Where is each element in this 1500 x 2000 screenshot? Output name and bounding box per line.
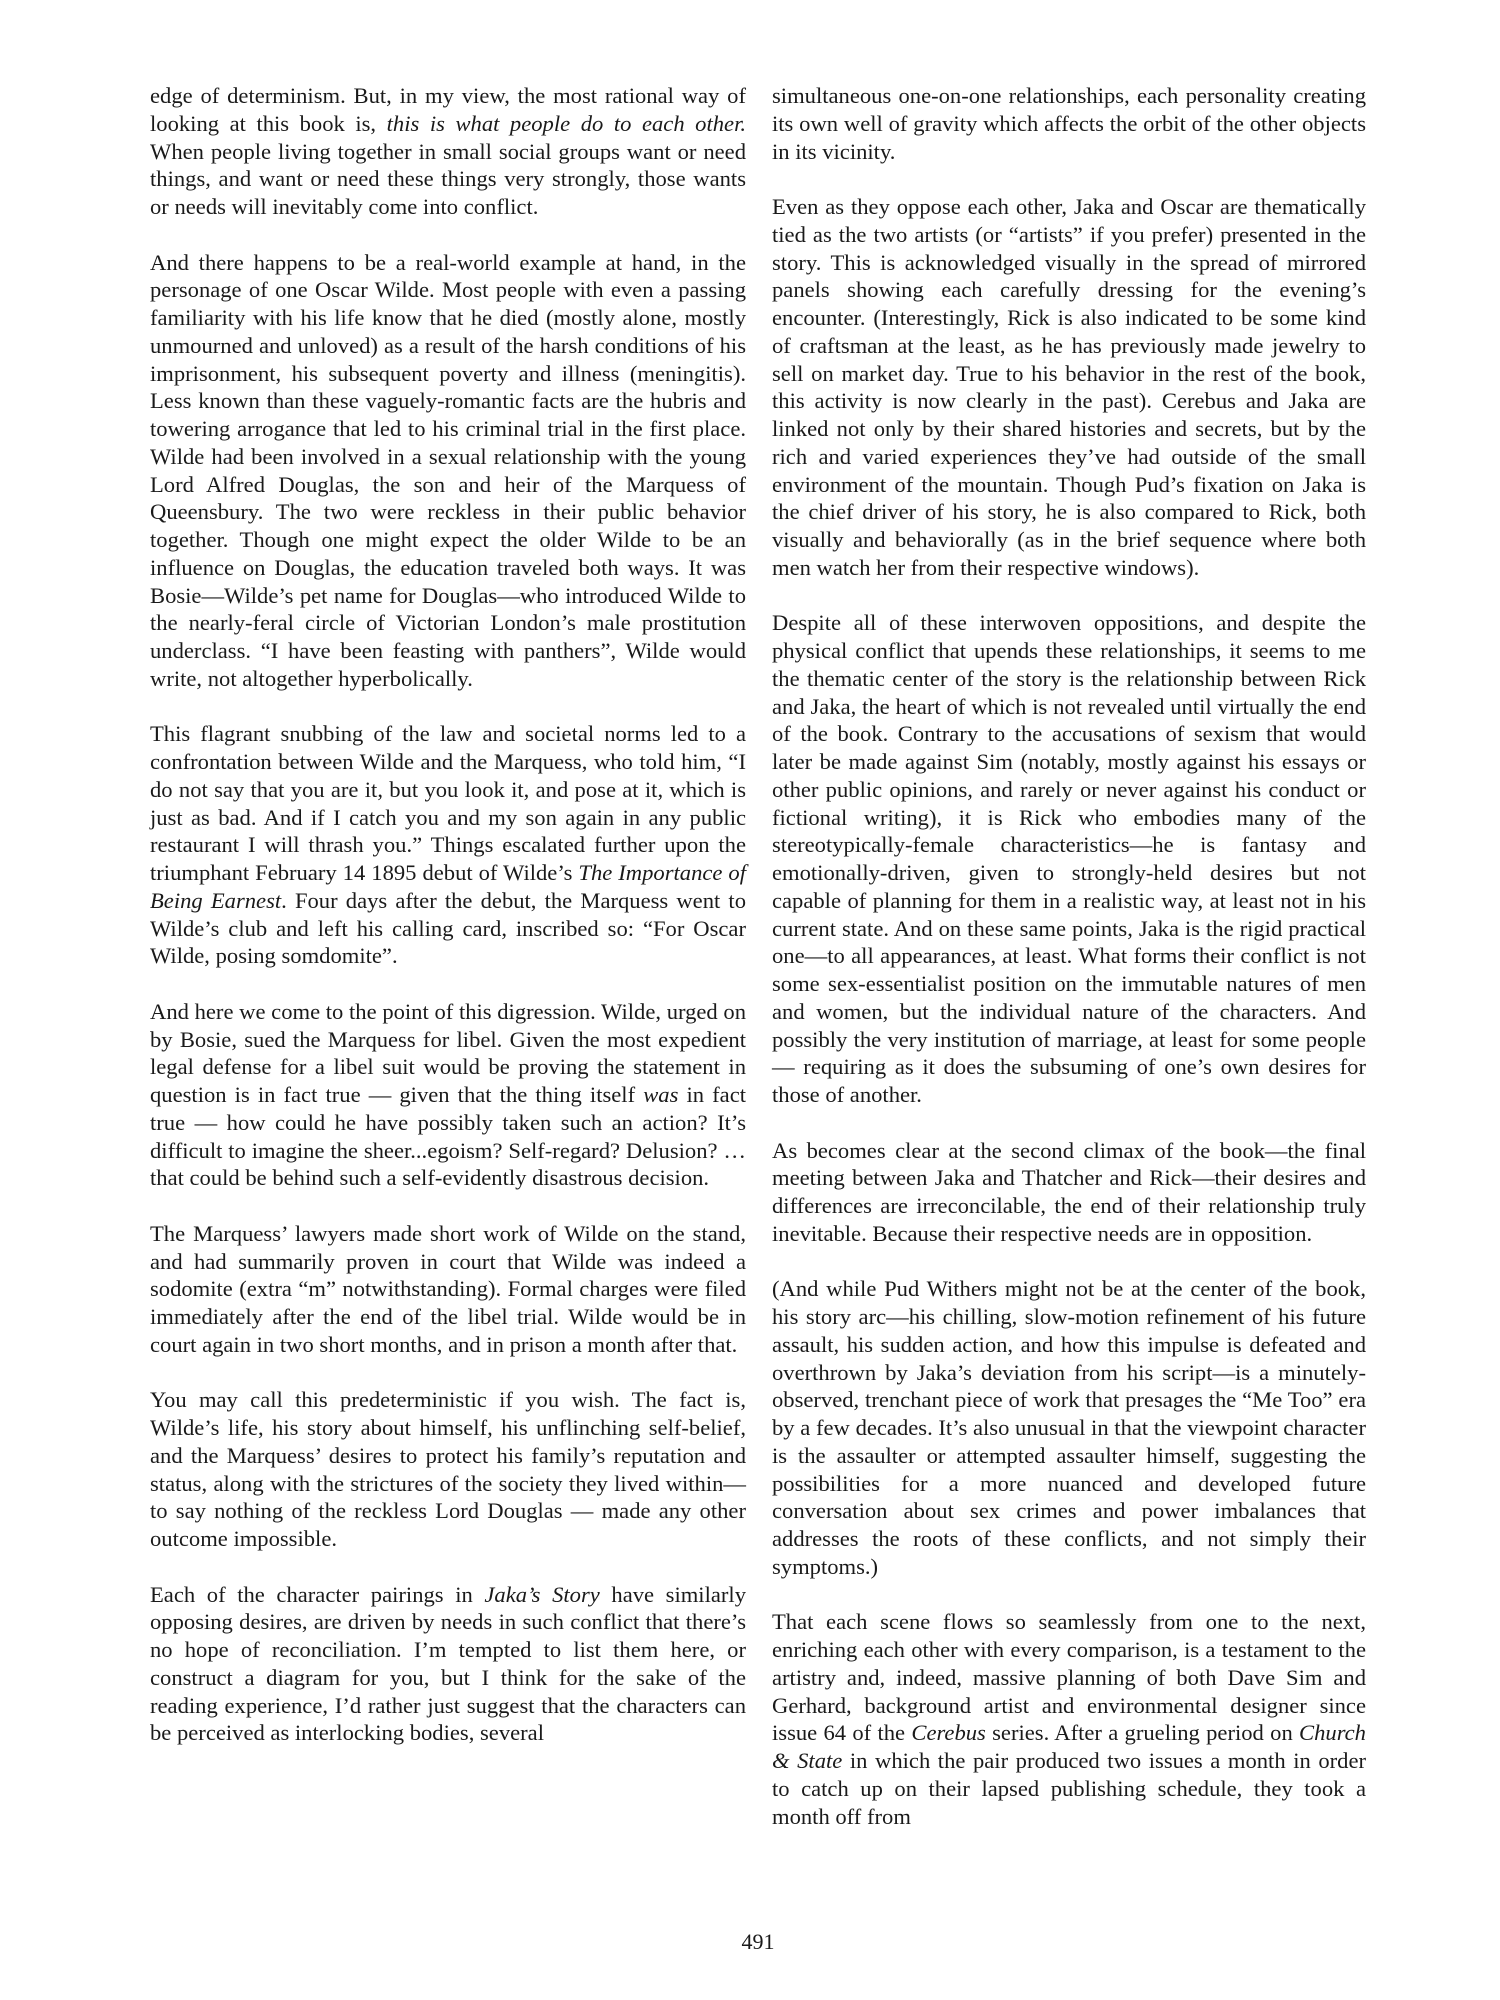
paragraph: And here we come to the point of this di… — [150, 998, 746, 1192]
paragraph-last: That each scene flows so seamlessly from… — [772, 1608, 1366, 1830]
document-page: edge of determinism. But, in my view, th… — [0, 0, 1500, 2000]
italic-title: Cerebus — [911, 1720, 985, 1745]
italic-title: Church & State — [772, 1720, 1366, 1773]
paragraph: This flagrant snubbing of the law and so… — [150, 720, 746, 970]
paragraph: (And while Pud Withers might not be at t… — [772, 1275, 1366, 1580]
paragraph-last: Each of the character pairings in Jaka’s… — [150, 1581, 746, 1748]
left-column: edge of determinism. But, in my view, th… — [150, 82, 746, 1747]
paragraph: As becomes clear at the second climax of… — [772, 1137, 1366, 1248]
paragraph: You may call this predeterministic if yo… — [150, 1386, 746, 1553]
italic-title: Jaka’s Story — [484, 1582, 599, 1607]
paragraph: Even as they oppose each other, Jaka and… — [772, 193, 1366, 582]
italic-title: The Importance of Being Earnest — [150, 860, 746, 913]
italic-title: was — [643, 1082, 678, 1107]
paragraph: edge of determinism. But, in my view, th… — [150, 82, 746, 221]
paragraph: And there happens to be a real-world exa… — [150, 249, 746, 693]
italic-title: this is what people do to each other. — [387, 111, 746, 136]
paragraph: The Marquess’ lawyers made short work of… — [150, 1220, 746, 1359]
paragraph: Despite all of these interwoven oppositi… — [772, 609, 1366, 1109]
paragraph: simultaneous one-on-one relationships, e… — [772, 82, 1366, 165]
page-number: 491 — [0, 1928, 1500, 1956]
right-column: simultaneous one-on-one relationships, e… — [772, 82, 1366, 1830]
